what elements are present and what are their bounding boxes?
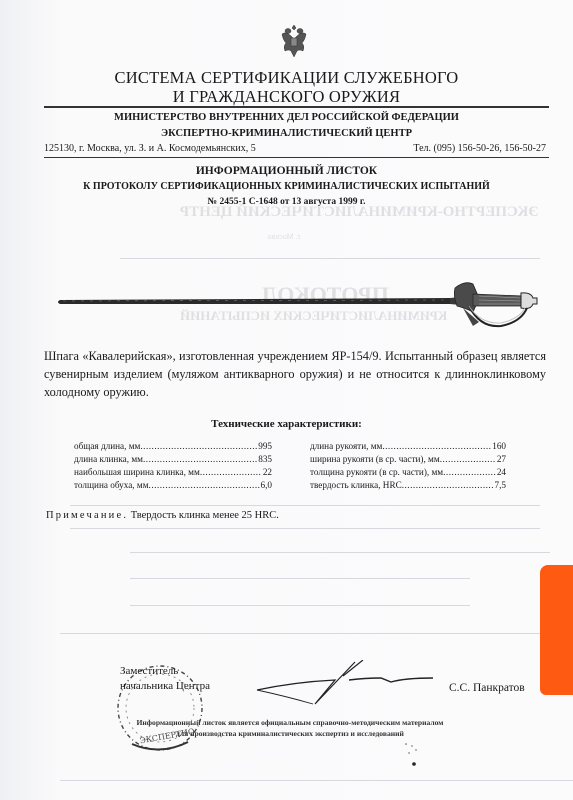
footer-note: Информационный листок является официальн… (110, 717, 470, 739)
spec-value: 24 (496, 466, 506, 479)
protocol-number: № 2455-1 С-1648 от 13 августа 1999 г. (0, 195, 573, 210)
handwritten-signature-icon (255, 660, 435, 706)
note-text: Твердость клинка менее 25 HRC. (131, 510, 279, 521)
spec-label: длина клинка, мм (74, 453, 143, 466)
spec-row: ширина рукояти (в ср. части), мм 27 (310, 453, 506, 466)
ministry-block: МИНИСТЕРСТВО ВНУТРЕННИХ ДЕЛ РОССИЙСКОЙ Ф… (0, 110, 573, 142)
ghost-rule (70, 528, 540, 529)
leader-dots (382, 440, 491, 453)
spec-label: общая длина, мм (74, 440, 140, 453)
stamp-ink-specks (402, 740, 422, 770)
ghost-rule (130, 578, 470, 579)
spec-value: 995 (257, 440, 272, 453)
ghost-rule (60, 633, 540, 634)
specs-title: Технические характеристики: (0, 418, 573, 430)
phone: Тел. (095) 156-50-26, 156-50-27 (413, 143, 546, 154)
role-line1: Заместитель (120, 664, 210, 679)
signatory-role: Заместитель начальника Центра (120, 664, 210, 694)
spec-label: ширина рукояти (в ср. части), мм (310, 453, 440, 466)
specs-left-column: общая длина, мм995 длина клинка, мм 835 … (74, 440, 272, 492)
document-page: ЭКСПЕРТНО-КРИМИНАЛИСТИЧЕСКИЙ ЦЕНТР г. Мо… (0, 0, 573, 800)
ghost-text: г. Москва (268, 232, 300, 241)
spec-value: 160 (491, 440, 506, 453)
spec-label: твердость клинка, HRC (310, 479, 402, 492)
leader-dots (443, 466, 496, 479)
info-sheet-subtitle: К ПРОТОКОЛУ СЕРТИФИКАЦИОННЫХ КРИМИНАЛИСТ… (0, 179, 573, 195)
leader-dots (440, 453, 496, 466)
ghost-rule (70, 505, 540, 506)
system-title-line2: И ГРАЖДАНСКОГО ОРУЖИЯ (0, 87, 573, 106)
double-headed-eagle-emblem-icon (279, 22, 309, 60)
note: Примечание. Твердость клинка менее 25 HR… (46, 510, 279, 521)
spec-row: толщина рукояти (в ср. части), мм24 (310, 466, 506, 479)
note-label: Примечание. (46, 510, 128, 521)
spec-row: длина клинка, мм 835 (74, 453, 272, 466)
specs-right-column: длина рукояти, мм 160 ширина рукояти (в … (310, 440, 506, 492)
role-line2: начальника Центра (120, 679, 210, 694)
system-title-line1: СИСТЕМА СЕРТИФИКАЦИИ СЛУЖЕБНОГО (0, 68, 573, 87)
spec-value: 7,5 (494, 479, 506, 492)
spec-row: длина рукояти, мм 160 (310, 440, 506, 453)
spec-label: толщина обуха, мм (74, 479, 149, 492)
leader-dots (200, 466, 262, 479)
ghost-rule (60, 780, 573, 781)
ghost-rule (130, 552, 550, 553)
spec-row: твердость клинка, HRC7,5 (310, 479, 506, 492)
ministry-name: МИНИСТЕРСТВО ВНУТРЕННИХ ДЕЛ РОССИЙСКОЙ Ф… (0, 110, 573, 126)
signatory-name: С.С. Панкратов (449, 682, 525, 694)
ghost-rule (120, 258, 540, 259)
address: 125130, г. Москва, ул. З. и А. Космодемь… (44, 143, 256, 154)
orange-sticky-tab (540, 565, 573, 695)
spec-label: толщина рукояти (в ср. части), мм (310, 466, 443, 479)
spec-value: 6,0 (260, 479, 272, 492)
item-description: Шпага «Кавалерийская», изготовленная учр… (44, 347, 546, 401)
spec-label: длина рукояти, мм (310, 440, 382, 453)
spec-row: наибольшая ширина клинка, мм 22 (74, 466, 272, 479)
contact-row: 125130, г. Москва, ул. З. и А. Космодемь… (44, 143, 546, 154)
leader-dots (402, 479, 494, 492)
footer-line1: Информационный листок является официальн… (110, 717, 470, 728)
header-divider (44, 106, 549, 108)
info-sheet-heading: ИНФОРМАЦИОННЫЙ ЛИСТОК К ПРОТОКОЛУ СЕРТИФ… (0, 163, 573, 210)
spec-row: толщина обуха, мм 6,0 (74, 479, 272, 492)
center-name: ЭКСПЕРТНО-КРИМИНАЛИСТИЧЕСКИЙ ЦЕНТР (0, 126, 573, 142)
spec-value: 27 (496, 453, 506, 466)
contact-divider (44, 157, 549, 158)
system-title: СИСТЕМА СЕРТИФИКАЦИИ СЛУЖЕБНОГО И ГРАЖДА… (0, 68, 573, 106)
spec-row: общая длина, мм995 (74, 440, 272, 453)
leader-dots (149, 479, 260, 492)
sword-illustration-icon (55, 278, 550, 338)
spec-value: 22 (262, 466, 272, 479)
leader-dots (143, 453, 257, 466)
footer-line2: для производства криминалистических эксп… (110, 728, 470, 739)
spec-value: 835 (257, 453, 272, 466)
spec-label: наибольшая ширина клинка, мм (74, 466, 200, 479)
ghost-rule (130, 605, 470, 606)
leader-dots (140, 440, 257, 453)
info-sheet-title: ИНФОРМАЦИОННЫЙ ЛИСТОК (0, 163, 573, 179)
